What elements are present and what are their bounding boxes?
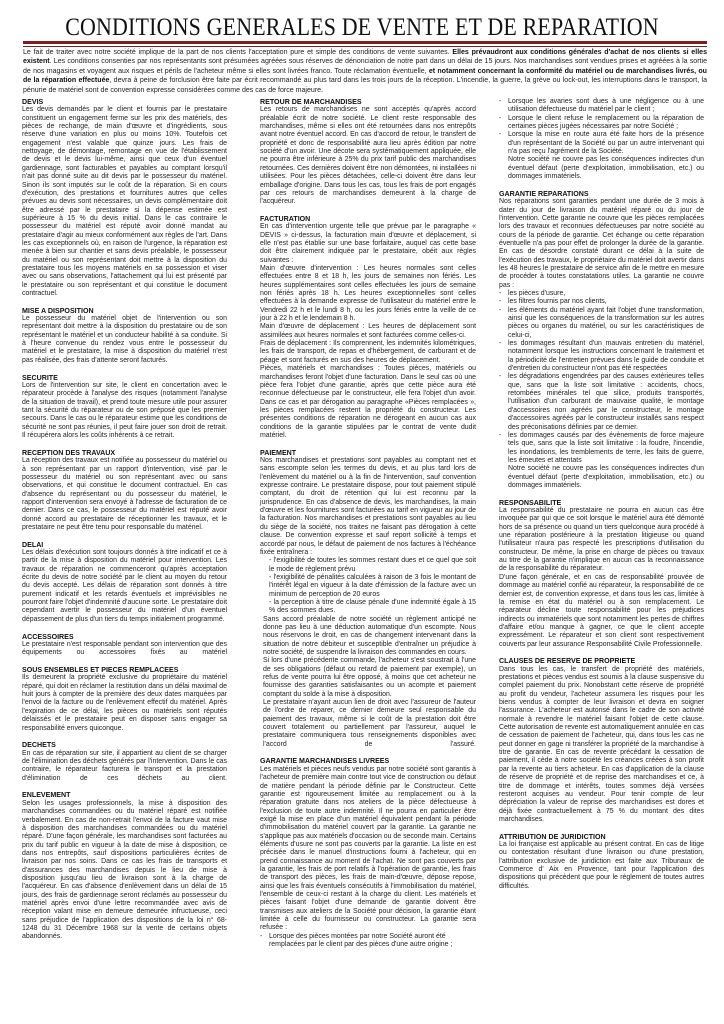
section-accessoires: ACCESSOIRES Le prestataire n'est respons… — [22, 633, 227, 658]
section-body: Ils demeurent la propriété exclusive du … — [22, 674, 227, 732]
section-body: Les devis demandés par le client et four… — [22, 106, 227, 298]
section-body: Dans tous les cas, le transfert de propr… — [499, 666, 704, 825]
section-heading: ACCESSOIRES — [22, 633, 227, 641]
section-heading: RETOUR DE MARCHANDISES — [260, 98, 476, 106]
intro-text-3: , devra à peine de forclusion être faite… — [23, 77, 707, 93]
list-item: Lorsque la mise en route aura été faite … — [499, 131, 704, 156]
section-heading: DEVIS — [22, 98, 227, 106]
section-heading: DECHETS — [22, 741, 227, 749]
section-body: Lors de l'intervention sur site, le clie… — [22, 382, 227, 440]
column-middle: RETOUR DE MARCHANDISES Les retours de ma… — [260, 98, 476, 958]
section-garantie-reparations: GARANTIE REPARATIONS Nos réparations son… — [499, 190, 704, 490]
section-facturation: FACTURATION En cas d'intervention urgent… — [260, 215, 476, 440]
section-heading: SECURITE — [22, 374, 227, 382]
section-mise-a-disposition: MISE A DISPOSITION Le possesseur du maté… — [22, 307, 227, 365]
section-heading: PAIEMENT — [260, 449, 476, 457]
section-paragraph: Main d'œuvre d'intervention : Les heures… — [260, 265, 476, 323]
section-body: Les retours de marchandises ne sont acce… — [260, 106, 476, 206]
section-retour-marchandises: RETOUR DE MARCHANDISES Les retours de ma… — [260, 98, 476, 207]
section-heading: RESPONSABILITE — [499, 499, 704, 507]
section-responsabilite: RESPONSABILITE La responsabilité du pres… — [499, 499, 704, 649]
column-left: DEVIS Les devis demandés par le client e… — [22, 98, 227, 950]
section-paragraph: D'une façon générale, et en cas de respo… — [499, 574, 704, 649]
column-right: Lorsque les avaries sont dues à une négl… — [499, 98, 704, 899]
list-item: - l'exigibilité de pénalités calculées à… — [260, 574, 476, 599]
list-item: - la perception à titre de clause pénale… — [260, 599, 476, 616]
list-item: les filtres fournis par nos clients, — [499, 298, 704, 306]
document-page: CONDITIONS GENERALES DE VENTE ET DE REPA… — [0, 0, 724, 1024]
section-devis: DEVIS Les devis demandés par le client e… — [22, 98, 227, 298]
section-heading: ATTRIBUTION DE JURIDICTION — [499, 833, 704, 841]
section-paragraph: Main d'œuvre de déplacement : Les heures… — [260, 323, 476, 340]
section-body: Selon les usages professionnels, la mise… — [22, 800, 227, 942]
section-body: Les matériels et pièces neufs vendus par… — [260, 766, 476, 933]
list-item: les pièces d'usure, — [499, 290, 704, 298]
section-note: Notre société ne couvre pas les conséque… — [499, 156, 704, 181]
list-item: les dommages résultant d'un mauvais entr… — [499, 340, 704, 373]
section-heading: DELAI — [22, 541, 227, 549]
section-paragraph: Le prestataire n'ayant aucun lien de dro… — [260, 699, 476, 749]
section-note: Notre société ne couvre pas les conséque… — [499, 465, 704, 490]
section-heading: GARANTIE MARCHANDISES LIVREES — [260, 757, 476, 765]
page-title: CONDITIONS GENERALES DE VENTE ET DE REPA… — [51, 14, 674, 40]
section-paragraph: Sans accord préalable de notre société u… — [260, 616, 476, 658]
section-attribution-juridiction: ATTRIBUTION DE JURIDICTION La loi frança… — [499, 833, 704, 891]
section-garantie-marchandises: GARANTIE MARCHANDISES LIVREES Les matéri… — [260, 757, 476, 949]
list-item: Lorsque les avaries sont dues à une négl… — [499, 98, 704, 115]
section-body: La réception des travaux est notifiée au… — [22, 457, 227, 532]
section-heading: ENLEVEMENT — [22, 791, 227, 799]
section-body: La loi française est applicable au prése… — [499, 841, 704, 891]
section-heading: FACTURATION — [260, 215, 476, 223]
section-reserve-de-propriete: CLAUSES DE RESERVE DE PROPRIETE Dans tou… — [499, 657, 704, 824]
intro-paragraph: Le fait de traiter avec notre société im… — [23, 48, 707, 95]
intro-text-1: Le fait de traiter avec notre société im… — [23, 49, 452, 56]
section-body: En cas de réparation sur site, il appart… — [22, 750, 227, 783]
section-sous-ensembles: SOUS ENSEMBLES ET PIECES REMPLACEES Ils … — [22, 666, 227, 733]
list-item: les dommages causés par des évènements d… — [499, 432, 704, 465]
section-heading: RECEPTION DES TRAVAUX — [22, 449, 227, 457]
section-delai: DELAI Les délais d'exécution sont toujou… — [22, 541, 227, 625]
section-body: Le prestataire n'est responsable pendant… — [22, 641, 227, 658]
section-body: Le possesseur du matériel objet de l'int… — [22, 315, 227, 365]
section-securite: SECURITE Lors de l'intervention sur site… — [22, 374, 227, 441]
title-rule-thin — [23, 46, 707, 47]
section-paragraph: Pièces, matériels et marchandises : Tout… — [260, 365, 476, 440]
section-heading: CLAUSES DE RESERVE DE PROPRIETE — [499, 657, 704, 665]
section-enlevement: ENLEVEMENT Selon les usages professionne… — [22, 791, 227, 941]
section-reception-des-travaux: RECEPTION DES TRAVAUX La réception des t… — [22, 449, 227, 533]
section-paragraph: Si lors d'une précédente commande, l'ach… — [260, 657, 476, 699]
list-item: les éléments du matériel ayant fait l'ob… — [499, 307, 704, 340]
section-dechets: DECHETS En cas de réparation sur site, i… — [22, 741, 227, 783]
list-item: - l'exigibilité de toutes les sommes res… — [260, 557, 476, 574]
section-paragraph: La responsabilité du prestataire ne pour… — [499, 507, 704, 574]
section-heading: SOUS ENSEMBLES ET PIECES REMPLACEES — [22, 666, 227, 674]
section-paragraph: Frais de déplacement : Ils comprennent, … — [260, 340, 476, 365]
section-heading: MISE A DISPOSITION — [22, 307, 227, 315]
section-paragraph: Nos marchandises et prestations sont pay… — [260, 457, 476, 557]
section-body: Les délais d'exécution sont toujours don… — [22, 549, 227, 624]
list-item: Lorsque des pièces montées par notre Soc… — [260, 933, 476, 950]
title-rule-thick — [23, 41, 707, 44]
list-item: Lorsque le client refuse le remplacement… — [499, 115, 704, 132]
section-body: Nos réparations sont garanties pendant u… — [499, 198, 704, 290]
list-item: les dégradations engendrées par des caus… — [499, 373, 704, 431]
section-paiement: PAIEMENT Nos marchandises et prestations… — [260, 449, 476, 749]
section-garantie-marchandises-continued: Lorsque les avaries sont dues à une négl… — [499, 98, 704, 181]
section-heading: GARANTIE REPARATIONS — [499, 190, 704, 198]
section-paragraph: En cas d'intervention urgente telle que … — [260, 223, 476, 265]
